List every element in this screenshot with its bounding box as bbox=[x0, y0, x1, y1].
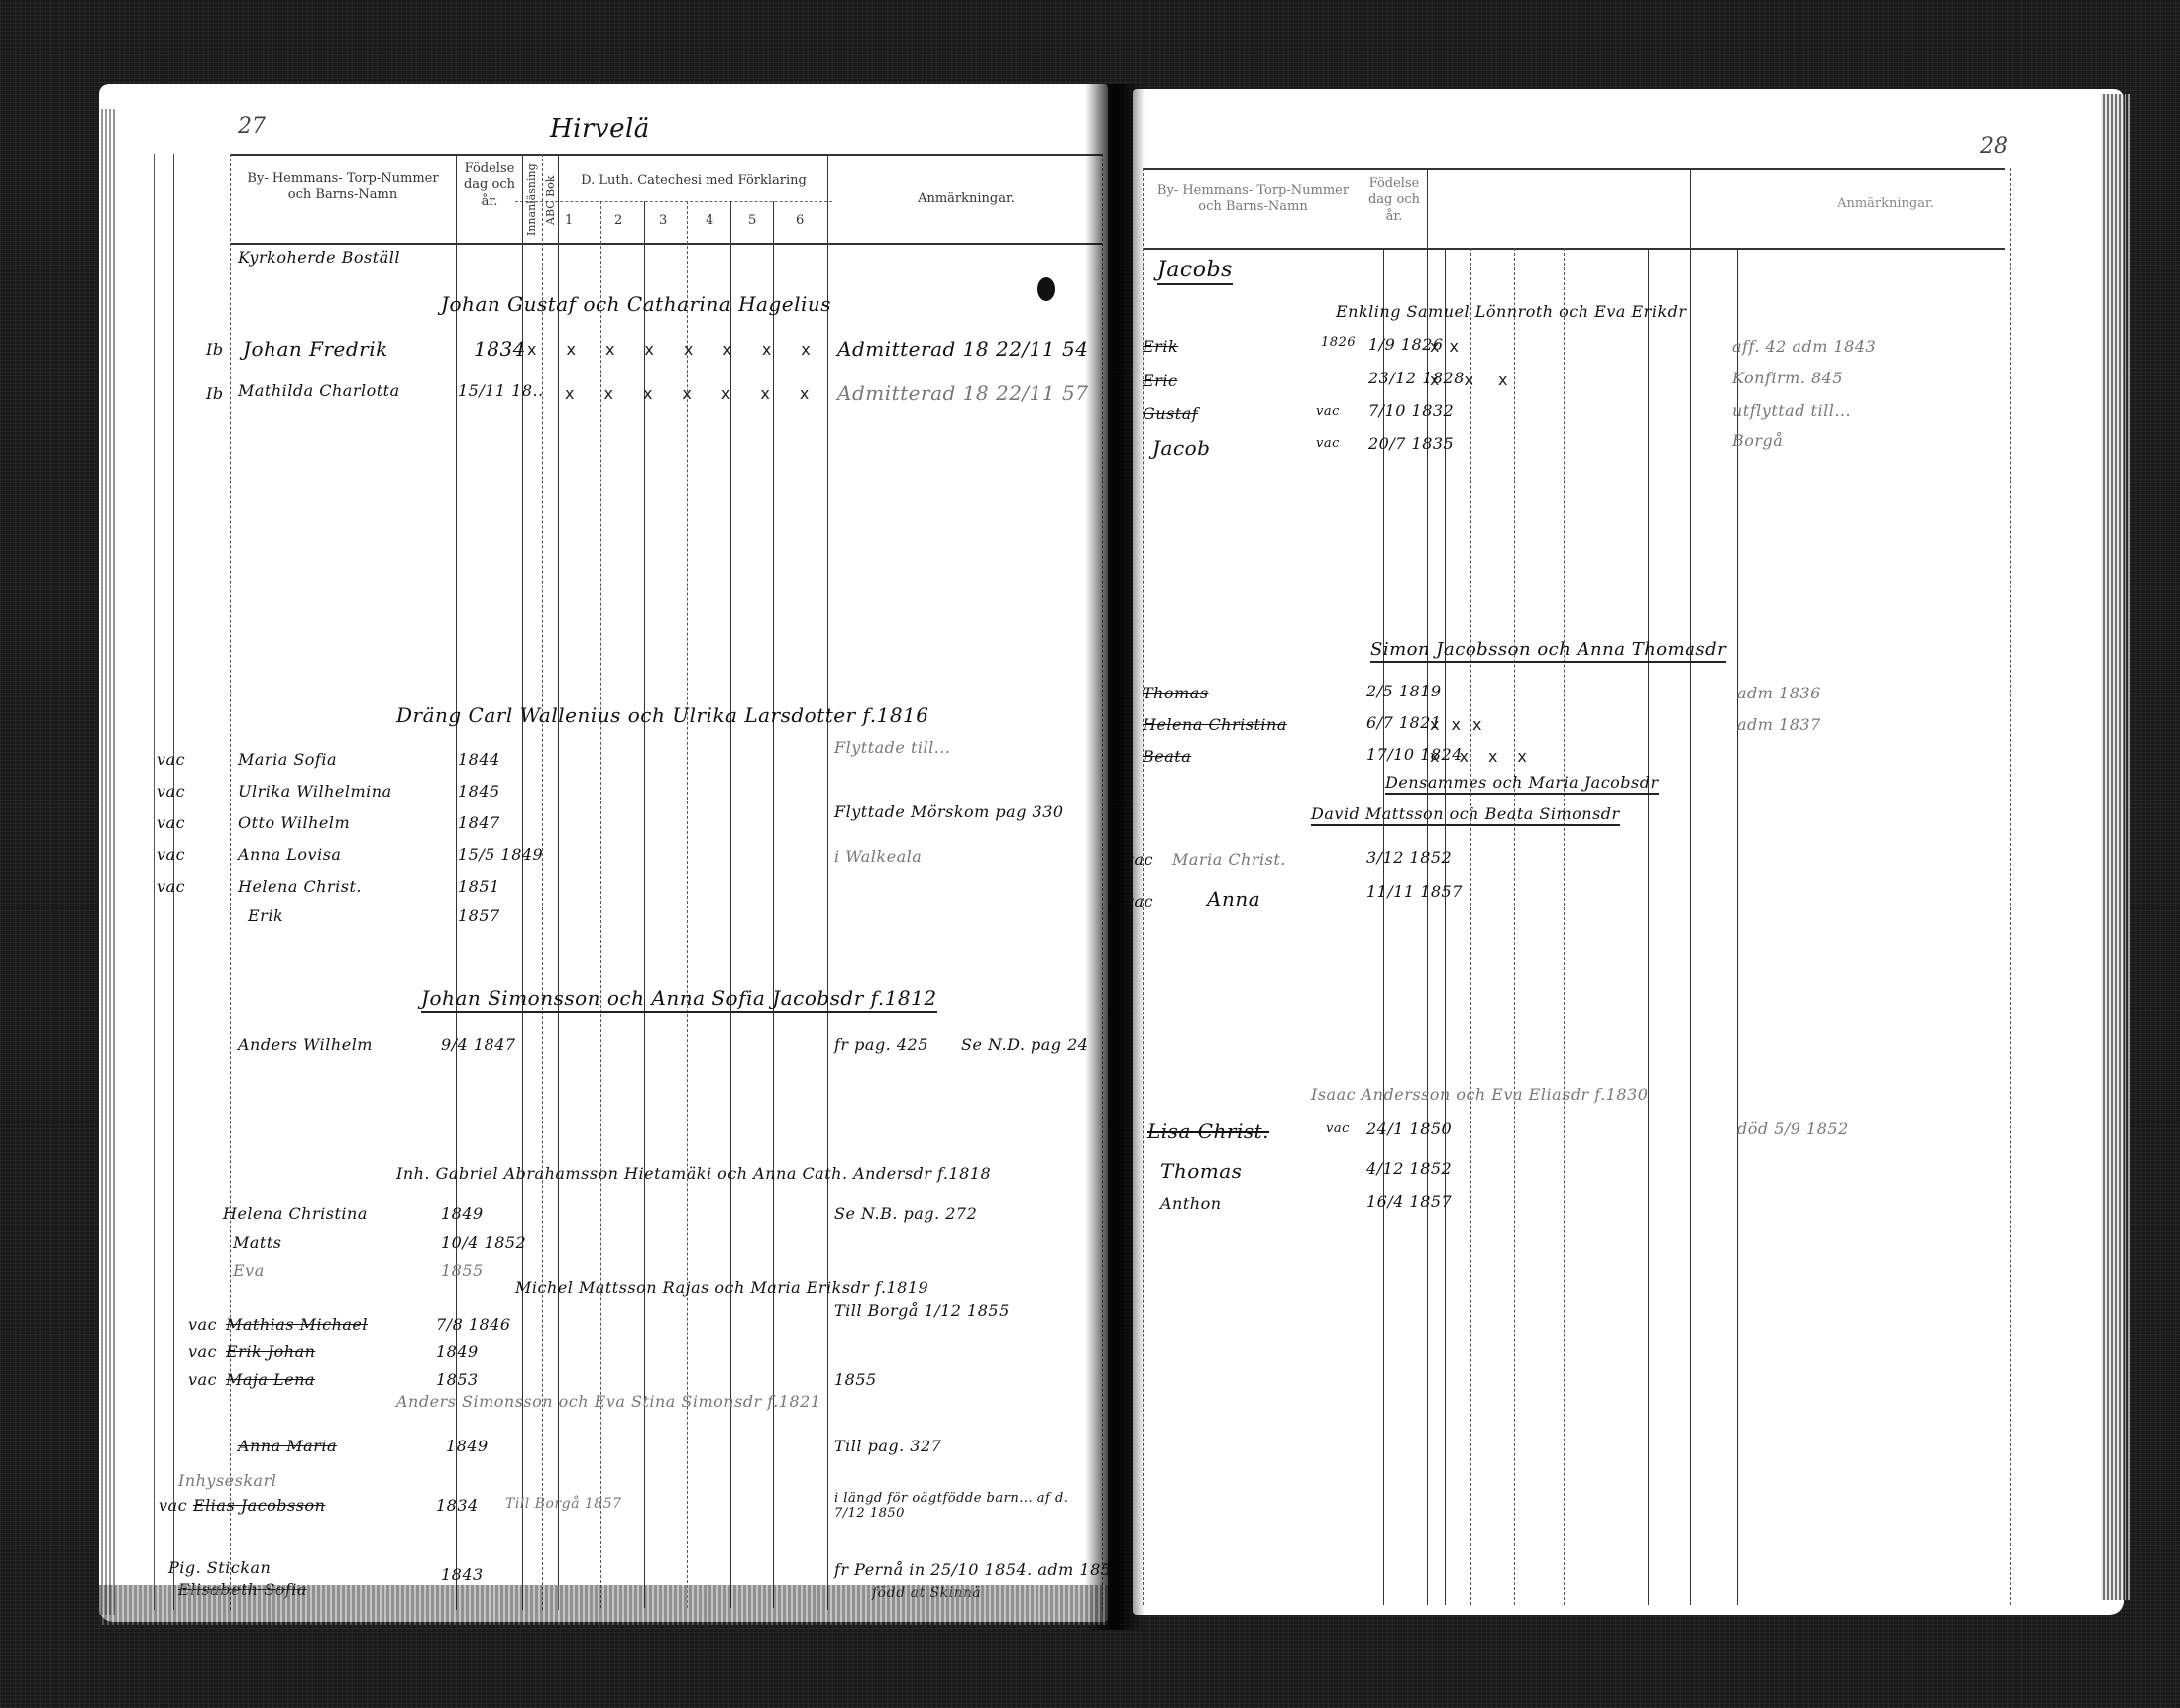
parents-line: Anders Simonsson och Eva Stina Simonsdr … bbox=[396, 1392, 820, 1411]
remark: Till pag. 327 bbox=[834, 1437, 941, 1455]
header-bottom-rule bbox=[1143, 248, 2005, 250]
subcol-5: 5 bbox=[748, 213, 756, 229]
col-rule bbox=[1690, 168, 1691, 1605]
child-birth: 15/11 18.. bbox=[458, 381, 544, 400]
child-prefix: vac bbox=[188, 1315, 217, 1334]
child-tag: vac bbox=[1316, 404, 1340, 419]
catechism-subrule bbox=[515, 201, 832, 202]
child-name: Johan Fredrik bbox=[243, 337, 388, 361]
col-rule bbox=[1648, 248, 1649, 1605]
child-birth: 1855 bbox=[441, 1261, 484, 1280]
remark: 1855 bbox=[834, 1370, 877, 1389]
left-page: 27 Hirvelä By- Hemmans- Torp-Nummer och … bbox=[99, 84, 1108, 1622]
child-name-struck: Lisa Christ. bbox=[1147, 1120, 1269, 1143]
child-birth: 1851 bbox=[458, 877, 500, 896]
child-name-struck: Gustaf bbox=[1143, 404, 1198, 423]
child-name-struck: Anna Maria bbox=[238, 1437, 337, 1455]
remark: Konfirm. 845 bbox=[1732, 369, 1843, 387]
remark: Se N.B. pag. 272 bbox=[834, 1204, 977, 1223]
catechism-marks: xxxx bbox=[1430, 747, 1547, 766]
subcol-4: 4 bbox=[706, 213, 713, 229]
child-name: Erik bbox=[248, 907, 283, 925]
page-edge-right bbox=[2101, 94, 2130, 1600]
remark: Till Borgå 1/12 1855 bbox=[834, 1301, 1010, 1320]
catechism-marks: xxx bbox=[1430, 715, 1493, 734]
header-name-col: By- Hemmans- Torp-Nummer och Barns-Namn bbox=[234, 171, 452, 204]
child-name: Mathilda Charlotta bbox=[238, 381, 400, 400]
remark-header: Flyttade till... bbox=[834, 738, 951, 757]
child-name-struck: Elias Jacobsson bbox=[193, 1496, 325, 1515]
remark: adm 1836 bbox=[1737, 684, 1821, 702]
child-birth: 1857 bbox=[458, 907, 500, 925]
catechism-marks: xxxxxxx bbox=[565, 384, 838, 403]
parents-line: Dräng Carl Wallenius och Ulrika Larsdott… bbox=[396, 703, 929, 727]
child-name: Anthon bbox=[1160, 1194, 1222, 1213]
child-prefix: vac bbox=[157, 813, 185, 832]
remark: Se N.D. pag 24 bbox=[961, 1035, 1088, 1054]
col-rule bbox=[1470, 248, 1471, 1605]
child-name: Jacob bbox=[1152, 436, 1211, 460]
col-rule bbox=[1564, 248, 1565, 1605]
margin-rule bbox=[154, 154, 155, 1610]
child-prefix: vac bbox=[188, 1342, 217, 1361]
remark: i Walkeala bbox=[834, 847, 922, 866]
header-bottom-rule bbox=[230, 243, 1102, 245]
page-number: 27 bbox=[238, 114, 266, 139]
village-heading: Hirvelä bbox=[550, 114, 650, 144]
child-name: Thomas bbox=[1160, 1159, 1242, 1183]
header-birth-col: Födelse dag och år. bbox=[458, 161, 521, 210]
child-name-struck: Thomas bbox=[1143, 684, 1209, 702]
ink-blot bbox=[1037, 277, 1055, 301]
child-birth: 1849 bbox=[436, 1342, 479, 1361]
child-prefix-year: 1826 bbox=[1321, 335, 1356, 350]
book-gutter bbox=[1085, 84, 1144, 1630]
catechism-marks: xxx bbox=[1430, 371, 1532, 389]
remark: utflyttad till... bbox=[1732, 401, 1851, 420]
child-name-struck: Erik Johan bbox=[226, 1342, 315, 1361]
child-name: Anders Wilhelm bbox=[238, 1035, 373, 1054]
remark: Admitterad 18 22/11 57 bbox=[837, 381, 1088, 405]
top-rule bbox=[230, 154, 1102, 156]
parents-line: Pig. Stickan bbox=[168, 1558, 271, 1577]
child-note: Till Borgå 1857 bbox=[505, 1496, 622, 1512]
child-prefix: vac bbox=[157, 877, 185, 896]
child-name: Helena Christina bbox=[223, 1204, 368, 1223]
child-birth: 7/10 1832 bbox=[1368, 401, 1454, 420]
right-page: 28 By- Hemmans- Torp-Nummer och Barns-Na… bbox=[1133, 89, 2124, 1615]
child-birth: 1834 bbox=[474, 337, 526, 361]
header-catechism-col: D. Luth. Catechesi med Förklaring bbox=[561, 173, 826, 189]
parents-line: Inh. Gabriel Abrahamsson Hietamäki och A… bbox=[396, 1164, 991, 1183]
header-remarks-col: Anmärkningar. bbox=[1767, 196, 2005, 212]
child-birth: 1853 bbox=[436, 1370, 479, 1389]
child-name: Anna bbox=[1207, 887, 1260, 910]
child-prefix: vac bbox=[188, 1370, 217, 1389]
child-name: Otto Wilhelm bbox=[238, 813, 350, 832]
section-label: Kyrkoherde Boställ bbox=[238, 248, 400, 267]
subcol-6: 6 bbox=[796, 213, 804, 229]
child-tag: vac bbox=[1316, 436, 1340, 451]
parents-line: David Mattsson och Beata Simonsdr bbox=[1311, 804, 1620, 826]
header-name-col: By- Hemmans- Torp-Nummer och Barns-Namn bbox=[1146, 183, 1360, 216]
child-prefix: vac bbox=[157, 782, 185, 801]
parents-line: Isaac Andersson och Eva Eliasdr f.1830 bbox=[1311, 1085, 1648, 1104]
child-birth: 1849 bbox=[441, 1204, 484, 1223]
header-abc-col: ABC Bok bbox=[544, 161, 558, 239]
child-name: Helena Christ. bbox=[238, 877, 362, 896]
parents-line: Johan Simonsson och Anna Sofia Jacobsdr … bbox=[421, 986, 937, 1013]
child-prefix: vac bbox=[159, 1496, 187, 1515]
child-birth: 9/4 1847 bbox=[441, 1035, 516, 1054]
child-name: Eva bbox=[233, 1261, 265, 1280]
page-number: 28 bbox=[1980, 134, 2008, 159]
remark: död 5/9 1852 bbox=[1737, 1120, 1849, 1138]
col-rule bbox=[1737, 248, 1738, 1605]
child-birth: 24/1 1850 bbox=[1366, 1120, 1452, 1138]
child-birth: 10/4 1852 bbox=[441, 1233, 526, 1252]
page-edge-left bbox=[99, 109, 115, 1615]
col-rule bbox=[827, 154, 828, 1610]
child-birth: 1834 bbox=[436, 1496, 479, 1515]
child-birth: 3/12 1852 bbox=[1366, 848, 1452, 867]
child-birth: 4/12 1852 bbox=[1366, 1159, 1452, 1178]
parents-line: Simon Jacobsson och Anna Thomasdr bbox=[1370, 639, 1726, 663]
remark: fr pag. 425 bbox=[834, 1035, 928, 1054]
remark: i längd för oägtfödde barn... af d. 7/12… bbox=[834, 1491, 1102, 1521]
subcol-2: 2 bbox=[614, 213, 622, 229]
remark: aff. 42 adm 1843 bbox=[1732, 337, 1876, 356]
remark: fr Pernå in 25/10 1854. adm 1856 bbox=[834, 1560, 1108, 1579]
child-birth: 1843 bbox=[441, 1565, 484, 1584]
child-name-struck: Helena Christina bbox=[1143, 715, 1287, 734]
child-prefix: Ib bbox=[206, 340, 224, 359]
child-birth: 1849 bbox=[446, 1437, 489, 1455]
catechism-marks: xx bbox=[1430, 337, 1469, 356]
child-name: Matts bbox=[233, 1233, 282, 1252]
child-name: Anna Lovisa bbox=[238, 845, 341, 864]
parents-line: Densammes och Maria Jacobsdr bbox=[1385, 773, 1659, 795]
parents-line: Johan Gustaf och Catharina Hagelius bbox=[441, 292, 831, 316]
catechism-marks: xxxxxxxx bbox=[527, 340, 840, 359]
parents-line: Enkling Samuel Lönnroth och Eva Erikdr bbox=[1336, 302, 1687, 321]
bottom-edge-smudge bbox=[99, 1585, 1108, 1625]
child-birth: 16/4 1857 bbox=[1366, 1192, 1452, 1211]
child-birth: 1845 bbox=[458, 782, 500, 801]
child-name-struck: Maja Lena bbox=[226, 1370, 315, 1389]
child-prefix: vac bbox=[157, 845, 185, 864]
child-name-struck: Eric bbox=[1143, 372, 1177, 390]
child-birth: 2/5 1819 bbox=[1366, 682, 1442, 700]
section-label: Jacobs bbox=[1157, 258, 1233, 285]
parents-line: Michel Mattsson Rajas och Maria Eriksdr … bbox=[515, 1278, 928, 1297]
child-name: Maria Christ. bbox=[1172, 850, 1286, 869]
subcol-3: 3 bbox=[659, 213, 667, 229]
col-rule bbox=[1514, 248, 1515, 1605]
child-name-struck: Mathias Michael bbox=[226, 1315, 368, 1334]
child-name-struck: Beata bbox=[1143, 747, 1191, 766]
col-rule bbox=[2010, 168, 2011, 1605]
child-prefix: Ib bbox=[206, 384, 224, 403]
header-reading-col: Innanläsning bbox=[525, 161, 539, 239]
child-name: Maria Sofia bbox=[238, 750, 337, 769]
header-birth-col: Födelse dag och år. bbox=[1364, 176, 1424, 225]
remark: adm 1837 bbox=[1737, 715, 1821, 734]
child-prefix: vac bbox=[157, 750, 185, 769]
child-birth: 1847 bbox=[458, 813, 500, 832]
child-name: Ulrika Wilhelmina bbox=[238, 782, 392, 801]
remark: Admitterad 18 22/11 54 bbox=[837, 337, 1088, 361]
subcol-1: 1 bbox=[565, 213, 573, 229]
child-birth: 1844 bbox=[458, 750, 500, 769]
child-tag: vac bbox=[1326, 1121, 1350, 1136]
parents-line: Inhyseskarl bbox=[178, 1471, 276, 1490]
child-name-struck: Erik bbox=[1143, 337, 1178, 356]
col-rule bbox=[1362, 168, 1363, 1605]
col-rule bbox=[230, 154, 231, 1610]
child-birth: 11/11 1857 bbox=[1366, 882, 1463, 901]
top-rule bbox=[1143, 168, 2005, 170]
child-birth: 20/7 1835 bbox=[1368, 434, 1454, 453]
child-birth: 15/5 1849 bbox=[458, 845, 543, 864]
header-remarks-col: Anmärkningar. bbox=[832, 191, 1100, 207]
remark: Borgå bbox=[1732, 431, 1783, 450]
child-birth: 7/8 1846 bbox=[436, 1315, 511, 1334]
remark: Flyttade Mörskom pag 330 bbox=[834, 802, 1064, 821]
